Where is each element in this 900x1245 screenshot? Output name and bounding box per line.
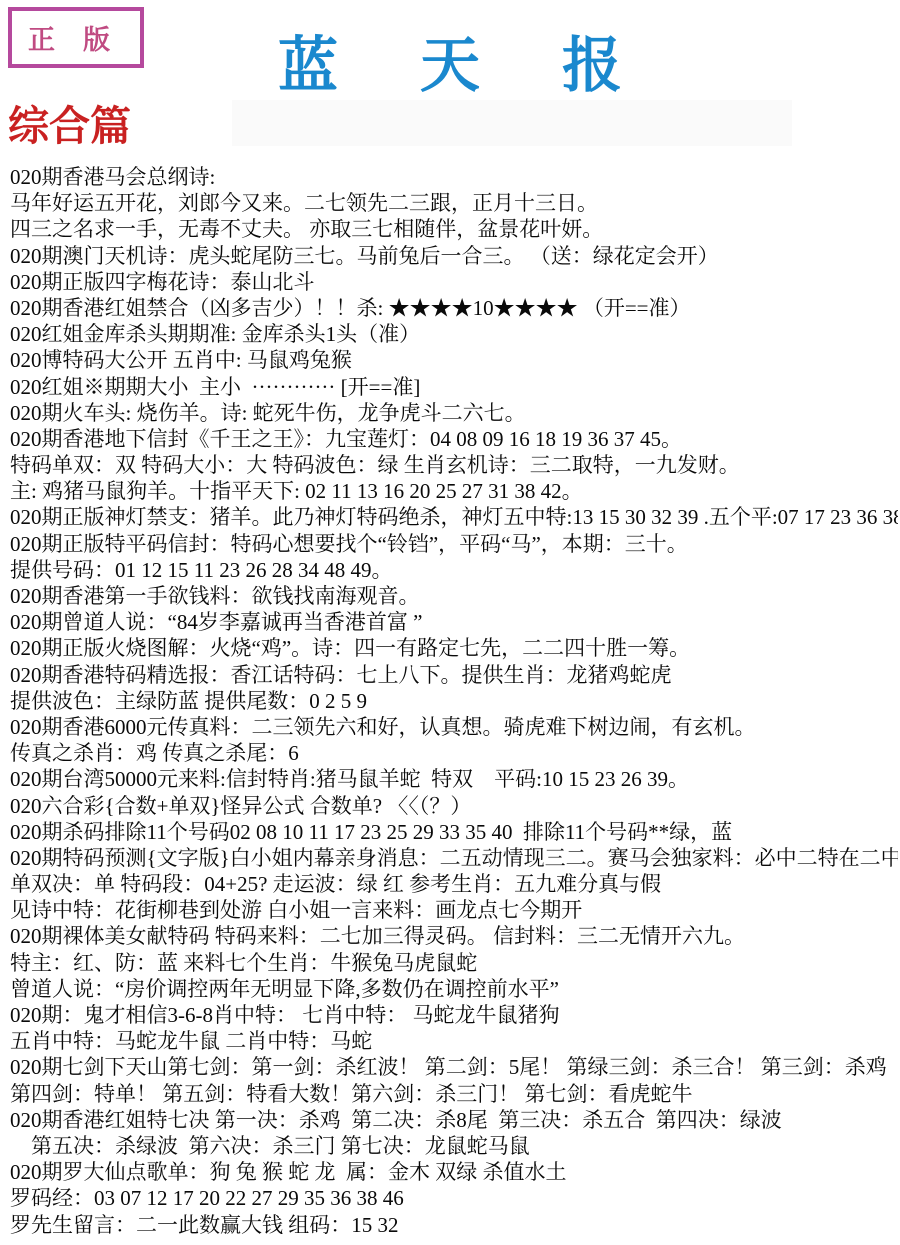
text-line: 020期香港红姐特七决 第一决：杀鸡 第二决：杀8尾 第三决：杀五合 第四决：绿… — [10, 1107, 898, 1133]
text-line: 提供号码：01 12 15 11 23 26 28 34 48 49。 — [10, 557, 898, 583]
text-line: 传真之杀肖：鸡 传真之杀尾：6 — [10, 740, 898, 766]
text-line: 020期火车头: 烧伤羊。诗: 蛇死牛伤，龙争虎斗二六七。 — [10, 400, 898, 426]
text-line: 特主：红、防：蓝 来料七个生肖：牛猴兔马虎鼠蛇 — [10, 950, 898, 976]
text-line: 罗码经：03 07 12 17 20 22 27 29 35 36 38 46 — [10, 1185, 898, 1211]
text-line: 020期特码预测{文字版}白小姐内幕亲身消息：二五动情现三二。赛马会独家料：必中… — [10, 845, 898, 871]
text-line: 曾道人说：“房价调控两年无明显下降,多数仍在调控前水平” — [10, 976, 898, 1002]
text-line: 020期香港马会总纲诗: — [10, 164, 898, 190]
content-lines: 020期香港马会总纲诗:马年好运五开花，刘郎今又来。二七领先二三跟，正月十三日。… — [10, 164, 898, 1238]
text-line: 020红姐金库杀头期期准: 金库杀头1头（准） — [10, 321, 898, 347]
text-line: 020期台湾50000元来料:信封特肖:猪马鼠羊蛇 特双 平码:10 15 23… — [10, 766, 898, 792]
text-line: 020红姐※期期大小 主小 ············ [开==准] — [10, 374, 898, 400]
text-line: 020博特码大公开 五肖中: 马鼠鸡兔猴 — [10, 347, 898, 373]
text-line: 020期七剑下天山第七剑：第一剑：杀红波！ 第二剑：5尾！ 第绿三剑：杀三合！ … — [10, 1054, 898, 1080]
text-line: 020期香港6000元传真料：二三领先六和好，认真想。骑虎难下树边闹，有玄机。 — [10, 714, 898, 740]
text-line: 罗先生留言：二一此数赢大钱 组码：15 32 — [10, 1212, 898, 1238]
text-line: 020六合彩{合数+单双}怪异公式 合数单? 〈〈（？） — [10, 793, 898, 819]
text-line: 020期香港红姐禁合（凶多吉少）！！杀: ★★★★10★★★★ （开==准） — [10, 295, 898, 321]
text-line: 020期曾道人说：“84岁李嘉诚再当香港首富 ” — [10, 609, 898, 635]
text-line: 020期香港地下信封《千王之王》：九宝莲灯：04 08 09 16 18 19 … — [10, 426, 898, 452]
text-line: 020期正版火烧图解：火烧“鸡”。诗：四一有路定七先，二二四十胜一筹。 — [10, 635, 898, 661]
text-line: 020期香港第一手欲钱料：欲钱找南海观音。 — [10, 583, 898, 609]
page-title: 蓝天报 — [0, 18, 900, 104]
text-line: 020期正版四字梅花诗：泰山北斗 — [10, 269, 898, 295]
text-line: 020期：鬼才相信3-6-8肖中特： 七肖中特： 马蛇龙牛鼠猪狗 — [10, 1002, 898, 1028]
text-line: 四三之名求一手，无毒不丈夫。 亦取三七相随伴，盆景花叶妍。 — [10, 216, 898, 242]
text-line: 020期正版特平码信封：特码心想要找个“铃铛”，平码“马”，本期：三十。 — [10, 531, 898, 557]
text-line: 020期杀码排除11个号码02 08 10 11 17 23 25 29 33 … — [10, 819, 898, 845]
text-line: 见诗中特：花街柳巷到处游 白小姐一言来料：画龙点七今期开 — [10, 897, 898, 923]
text-line: 单双决：单 特码段：04+25? 走运波：绿 红 参考生肖：五九难分真与假 — [10, 871, 898, 897]
text-line: 特码单双：双 特码大小：大 特码波色：绿 生肖玄机诗：三二取特，一九发财。 — [10, 452, 898, 478]
text-line: 马年好运五开花，刘郎今又来。二七领先二三跟，正月十三日。 — [10, 190, 898, 216]
text-line: 020期澳门天机诗：虎头蛇尾防三七。马前兔后一合三。 （送：绿花定会开） — [10, 243, 898, 269]
text-line: 020期裸体美女献特码 特码来料：二七加三得灵码。 信封料：三二无情开六九。 — [10, 923, 898, 949]
text-line: 五肖中特：马蛇龙牛鼠 二肖中特：马蛇 — [10, 1028, 898, 1054]
text-line: 第五决：杀绿波 第六决：杀三门 第七决：龙鼠蛇马鼠 — [10, 1133, 898, 1159]
header-faint-box — [232, 100, 792, 146]
text-line: 020期罗大仙点歌单：狗 兔 猴 蛇 龙 属：金木 双绿 杀值水土 — [10, 1159, 898, 1185]
text-line: 020期正版神灯禁支：猪羊。此乃神灯特码绝杀，神灯五中特:13 15 30 32… — [10, 504, 898, 530]
text-line: 020期香港特码精选报：香江话特码：七上八下。提供生肖：龙猪鸡蛇虎 — [10, 662, 898, 688]
section-label: 综合篇 — [8, 93, 131, 152]
text-line: 主: 鸡猪马鼠狗羊。十指平天下: 02 11 13 16 20 25 27 31… — [10, 478, 898, 504]
text-line: 第四剑：特单！ 第五剑：特看大数！第六剑：杀三门！ 第七剑：看虎蛇牛 — [10, 1081, 898, 1107]
text-line: 提供波色：主绿防蓝 提供尾数：0 2 5 9 — [10, 688, 898, 714]
